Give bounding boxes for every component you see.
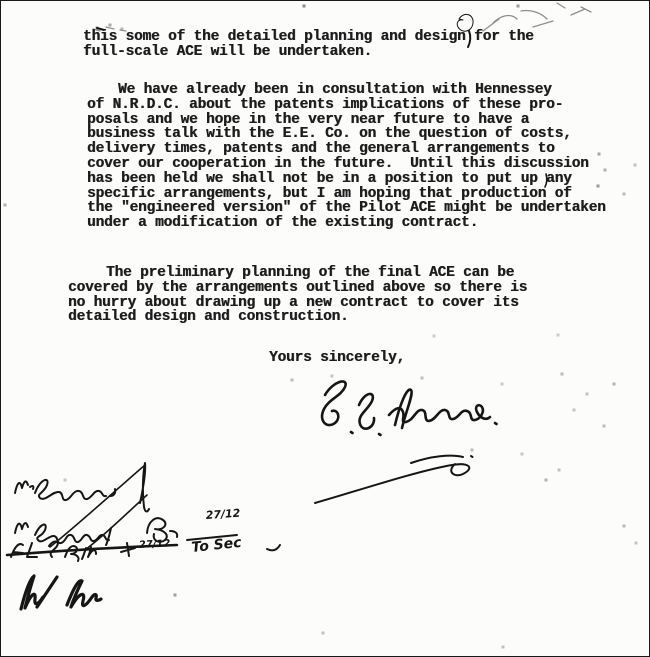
letter-line: posals and we hope in the very near futu… [87,113,606,128]
route-date-1: 27/12 [205,507,241,522]
letter-line: delivery times, patents and the general … [87,142,606,157]
paragraph-3: The preliminary planning of the final AC… [68,266,527,325]
letter-page: this some of the detailed planning and d… [0,0,650,657]
letter-line: detailed design and construction. [68,310,527,325]
route-entry-evans [15,463,149,511]
paragraph-2: We have already been in consultation wit… [87,83,606,231]
letter-line: cover our cooperation in the future. Unt… [87,157,606,172]
letter-line: this some of the detailed planning and d… [83,30,534,45]
letter-line: no hurry about drawing up a new contract… [68,296,527,311]
closing-salutation: Yours sincerely, [269,351,405,366]
scan-noise-speckles [1,1,3,3]
routing-annotations: 27/12 27/12 To Sec [5,451,305,631]
letter-line: full-scale ACE will be undertaken. [83,45,534,60]
stray-ink-mark [542,173,550,189]
paragraph-1: this some of the detailed planning and d… [83,30,534,60]
letter-line: of N.R.D.C. about the patents implicatio… [87,98,606,113]
signature-hiscocks [299,373,499,453]
letter-line: specific arrangements, but I am hoping t… [87,187,606,202]
letter-line: The preliminary planning of the final AC… [68,266,527,281]
letter-line: business talk with the E.E. Co. on the q… [87,127,606,142]
letter-line: under a modification of the existing con… [87,216,606,231]
letter-line: We have already been in consultation wit… [87,83,606,98]
route-date-2: 27/12 [139,538,171,551]
letter-line: the "engineered version" of the Pilot AC… [87,201,606,216]
handwritten-initials [21,576,101,609]
signature-flourish [307,451,487,511]
letter-line: covered by the arrangements outlined abo… [68,281,527,296]
letter-line: has been held we shall not be in a posit… [87,172,606,187]
